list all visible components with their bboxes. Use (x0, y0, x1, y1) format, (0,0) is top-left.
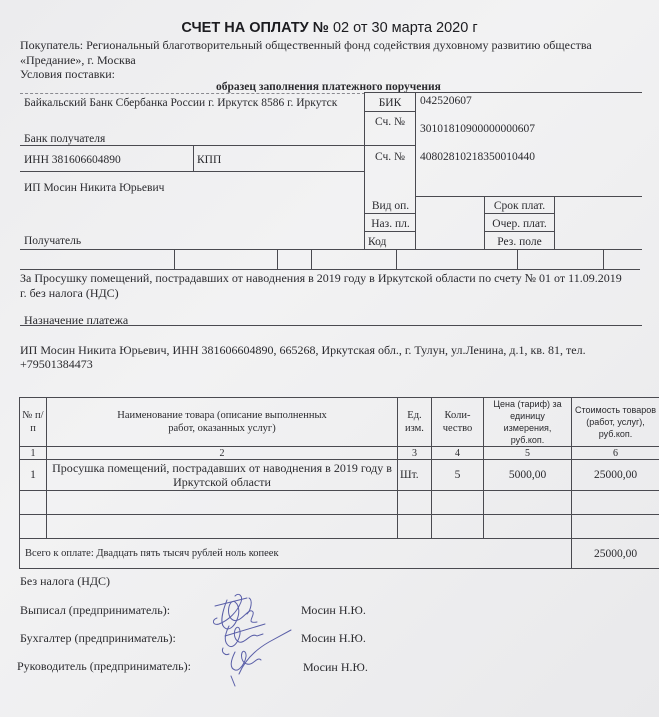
bik-label: БИК (365, 96, 415, 110)
bik-bottom (365, 111, 415, 112)
handwritten-signature-icon (205, 590, 305, 690)
header-price: Цена (тариф) за единицу измерения, руб.к… (484, 398, 572, 447)
row-total: 25000,00 (572, 460, 659, 491)
ocher-bottom (484, 231, 554, 232)
purpose-text-2: г. без налога (НДС) (20, 286, 119, 301)
signature-name-accountant: Мосин Н.Ю. (301, 631, 366, 646)
reserve-label: Рез. поле (485, 235, 554, 249)
kpp-label: КПП (197, 153, 221, 167)
row-number (20, 491, 47, 515)
inn-bottom (20, 171, 365, 172)
header-total: Стоимость товаров (работ, услуг), руб.ко… (572, 398, 659, 447)
row-price (484, 491, 572, 515)
invoice-date: от 30 марта 2020 г (353, 20, 478, 36)
caption-dashed-line (20, 93, 365, 94)
bik-value: 042520607 (420, 94, 472, 108)
divider-v2 (415, 92, 416, 249)
total-value: 25000,00 (572, 539, 659, 569)
corr-account-label: Сч. № (365, 115, 415, 129)
supplier-line-2: +79501384473 (20, 357, 93, 372)
invoice-title: СЧЕТ НА ОПЛАТУ № 02 от 30 марта 2020 г (0, 20, 659, 36)
inn-kpp-divider (193, 145, 194, 171)
signature-role-director: Руководитель (предприниматель): (17, 659, 191, 674)
total-label: Всего к оплате: Двадцать пять тысяч рубл… (20, 539, 572, 569)
header-name: Наименование товара (описание выполненны… (47, 398, 398, 447)
colnum-6: 6 (572, 447, 659, 460)
header-unit: Ед. изм. (398, 398, 432, 447)
srok-bottom (484, 213, 554, 214)
accounts-bottom (415, 196, 642, 197)
signature-role-issued: Выписал (предприниматель): (20, 603, 170, 618)
colnum-1: 1 (20, 447, 47, 460)
priority-label: Очер. плат. (485, 217, 554, 231)
colnum-4: 4 (432, 447, 484, 460)
purpose-text-1: За Просушку помещений, пострадавших от н… (20, 271, 659, 286)
row-name (47, 491, 398, 515)
term-label: Срок плат. (485, 199, 554, 213)
row-price: 5000,00 (484, 460, 572, 491)
row-number: 1 (20, 460, 47, 491)
code-row-divider-5 (517, 249, 518, 269)
header-number: № п/п (20, 398, 47, 447)
buyer-line-2: «Предание», г. Москва (20, 53, 136, 68)
column-number-row: 1 2 3 4 5 6 (20, 447, 659, 460)
recipient-name: ИП Мосин Никита Юрьевич (24, 181, 164, 195)
total-row: Всего к оплате: Двадцать пять тысяч рубл… (20, 539, 659, 569)
colnum-3: 3 (398, 447, 432, 460)
purpose-code-label: Наз. пл. (366, 217, 415, 231)
row-qty (432, 491, 484, 515)
recipient-label: Получатель (24, 234, 81, 248)
signature-name-issued: Мосин Н.Ю. (301, 603, 366, 618)
row-name: Просушка помещений, пострадавших от наво… (47, 460, 398, 491)
row-total (572, 491, 659, 515)
row-unit (398, 491, 432, 515)
code-label: Код (368, 235, 386, 249)
vidop-bottom (365, 213, 415, 214)
table-row (20, 515, 659, 539)
row-qty: 5 (432, 460, 484, 491)
top-border (365, 92, 642, 93)
code-row-bottom (20, 269, 640, 270)
bank-label: Банк получателя (24, 132, 105, 146)
colnum-5: 5 (484, 447, 572, 460)
code-row-divider-2 (277, 249, 278, 269)
naz-bottom (365, 231, 415, 232)
signature-name-director: Мосин Н.Ю. (303, 660, 368, 675)
account-value: 40802810218350010440 (420, 150, 535, 164)
account-label: Сч. № (365, 150, 415, 164)
signature-role-accountant: Бухгалтер (предприниматель): (20, 631, 176, 646)
invoice-title-prefix: СЧЕТ НА ОПЛАТУ № (181, 20, 329, 36)
purpose-line (20, 325, 642, 326)
tax-note: Без налога (НДС) (20, 574, 110, 589)
invoice-number: 02 (333, 20, 349, 36)
divider-v4 (554, 196, 555, 249)
op-type-label: Вид оп. (366, 199, 415, 213)
row-qty (432, 515, 484, 539)
buyer-line-1: Покупатель: Региональный благотворительн… (20, 38, 650, 53)
supplier-line-1: ИП Мосин Никита Юрьевич, ИНН 38160660489… (20, 343, 586, 358)
table-row (20, 491, 659, 515)
row-total (572, 515, 659, 539)
corr-account-value: 30101810900000000607 (420, 122, 535, 136)
inn-value: ИНН 381606604890 (24, 153, 121, 167)
code-row-divider-4 (396, 249, 397, 269)
code-row-divider-1 (174, 249, 175, 269)
delivery-terms: Условия поставки: (20, 67, 115, 82)
goods-table: № п/п Наименование товара (описание выпо… (19, 397, 659, 569)
row-price (484, 515, 572, 539)
row-unit: Шт. (398, 460, 432, 491)
table-header-row: № п/п Наименование товара (описание выпо… (20, 398, 659, 447)
row-unit (398, 515, 432, 539)
code-row-divider-6 (603, 249, 604, 269)
row-number (20, 515, 47, 539)
table-row: 1 Просушка помещений, пострадавших от на… (20, 460, 659, 491)
bank-name: Байкальский Банк Сбербанка России г. Ирк… (24, 96, 337, 110)
recipient-bottom (20, 249, 642, 250)
row-name (47, 515, 398, 539)
header-qty: Коли-чество (432, 398, 484, 447)
code-row-divider-3 (311, 249, 312, 269)
colnum-2: 2 (47, 447, 398, 460)
